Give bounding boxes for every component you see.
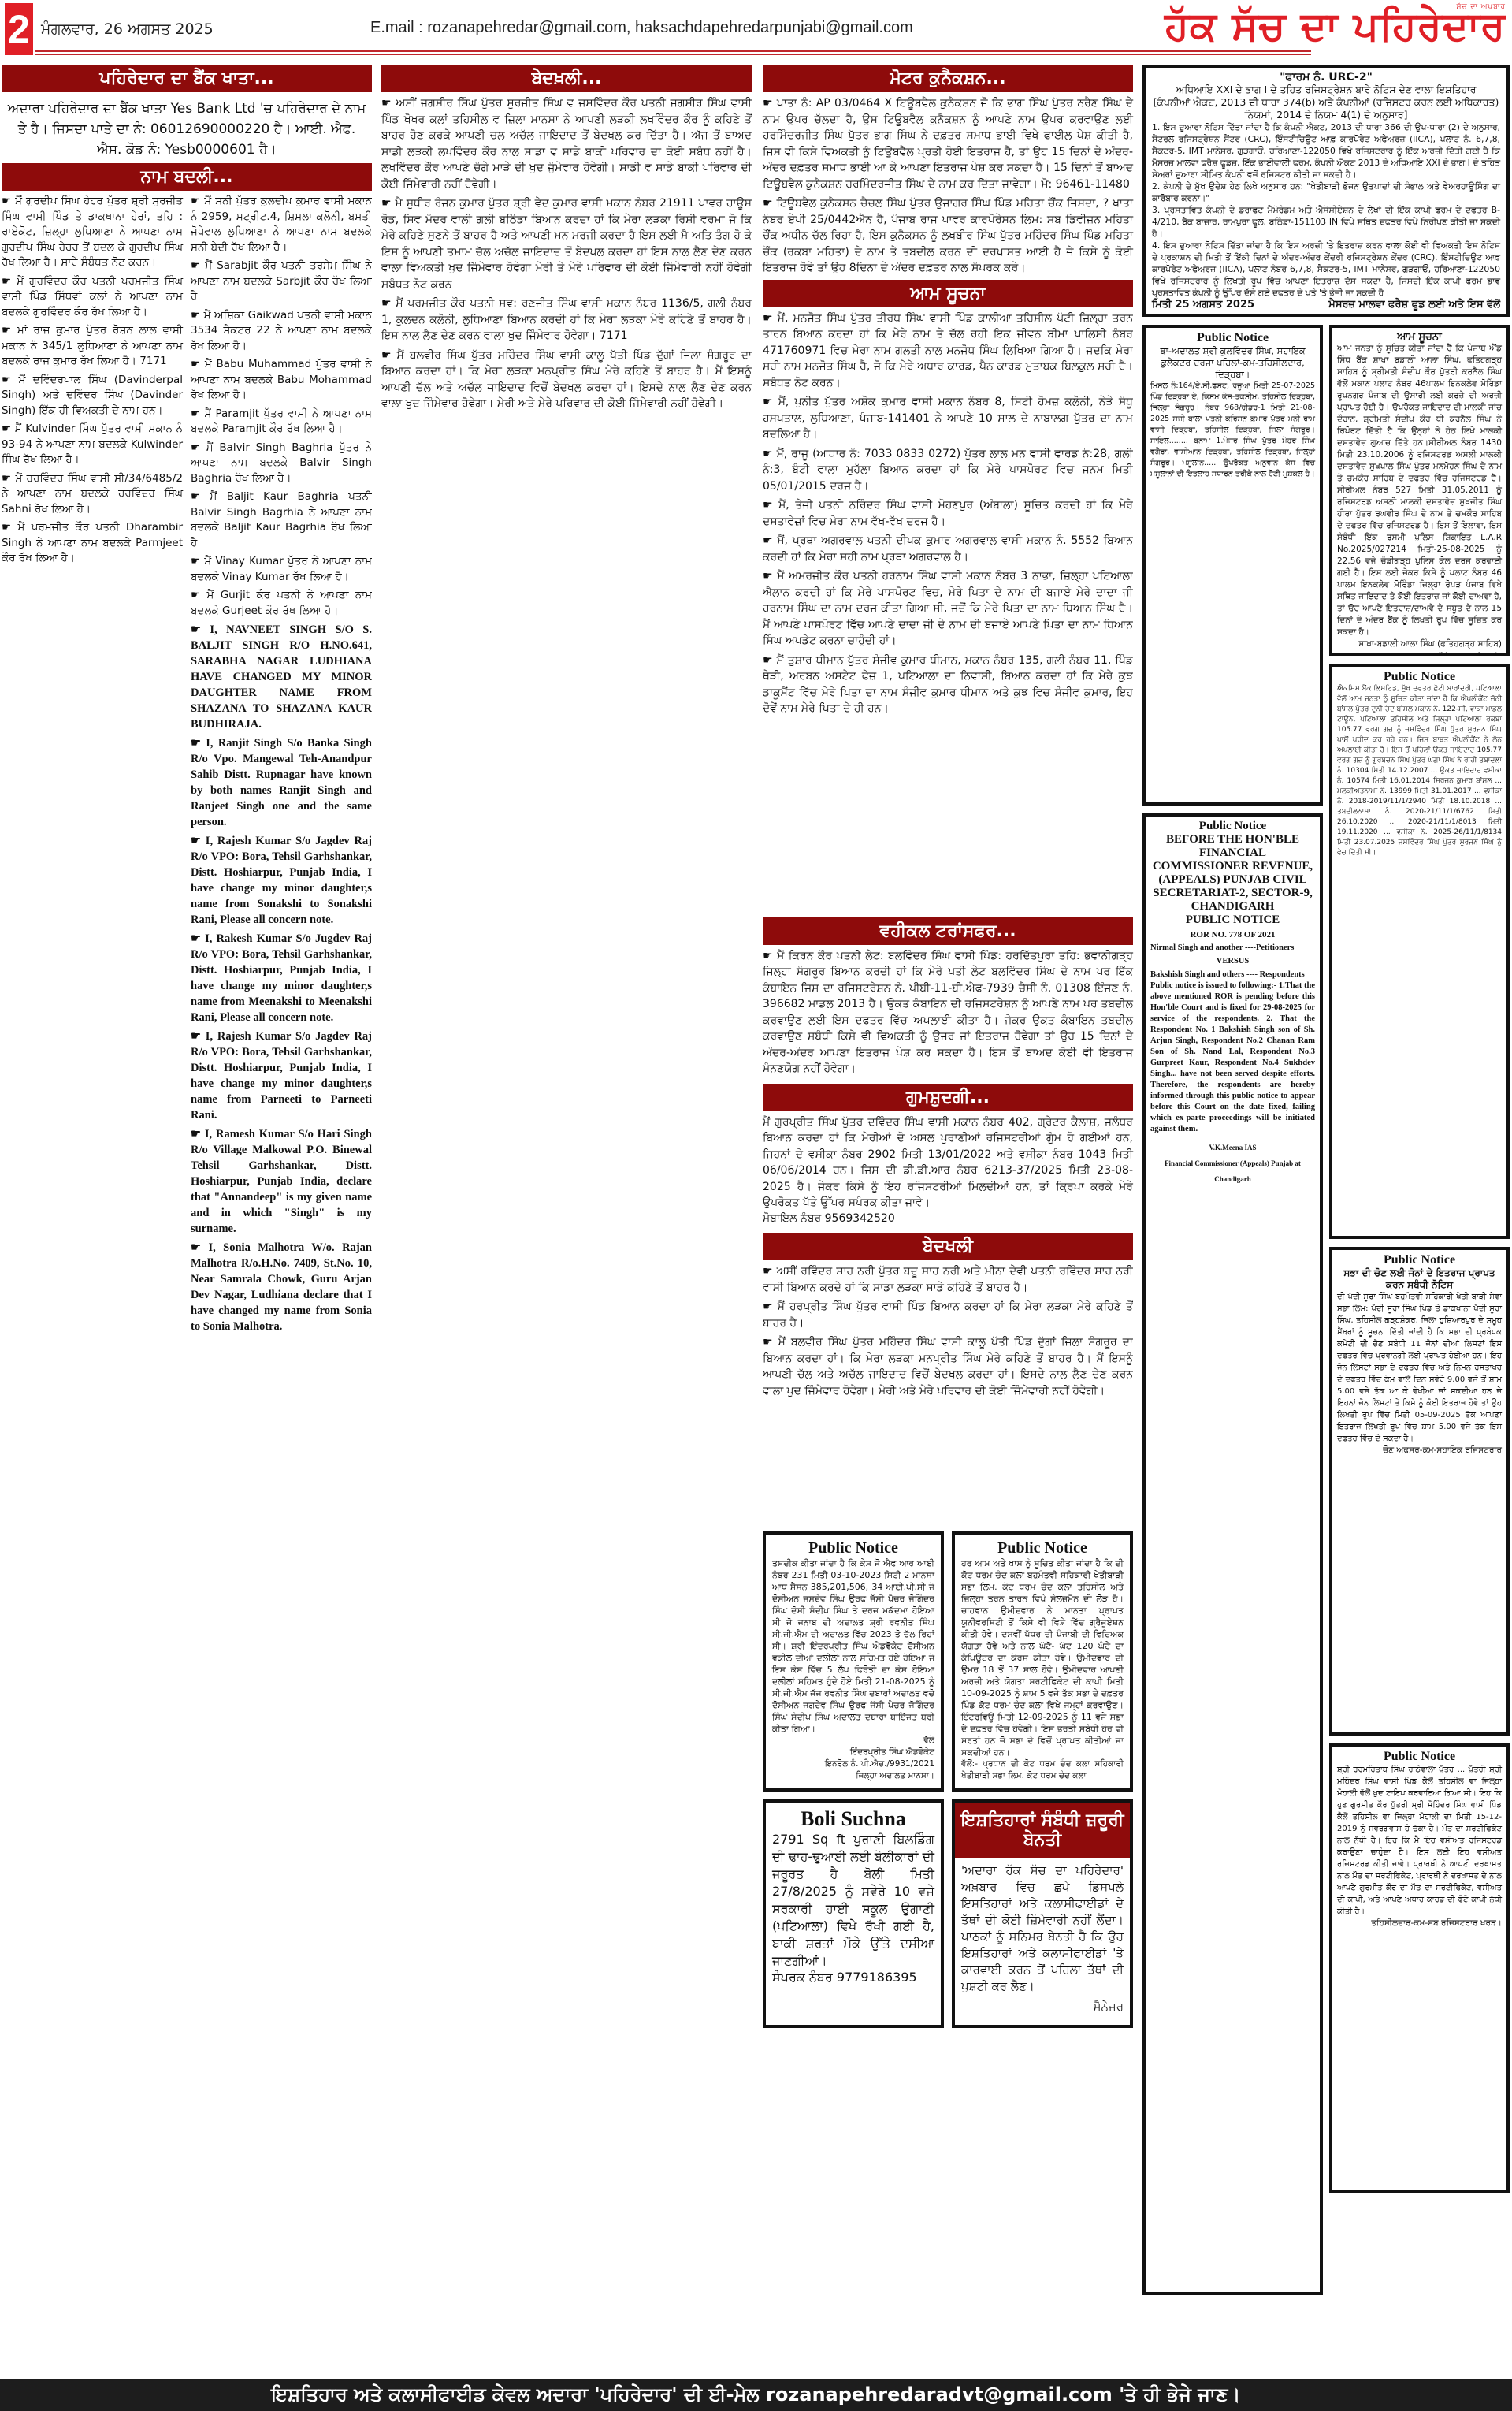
column-name-change: ਪਹਿਰੇਦਾਰ ਦਾ ਬੈਂਕ ਖਾਤਾ... ਅਦਾਰਾ ਪਹਿਰੇਦਾਰ … [2,65,372,2385]
list-item: ☛ ਮੈਂ ਬਲਵੀਰ ਸਿੰਘ ਪੁੱਤਰ ਮਹਿੰਦਰ ਸਿੰਘ ਵਾਸੀ … [763,1334,1133,1399]
footer-banner: ਇਸ਼ਤਿਹਾਰ ਅਤੇ ਕਲਾਸੀਫਾਈਡ ਕੇਵਲ ਅਦਾਰਾ 'ਪਹਿਰੇ… [0,2379,1512,2411]
bank-details: ਅਦਾਰਾ ਪਹਿਰੇਦਾਰ ਦਾ ਬੈਂਕ ਖਾਤਾ Yes Bank Ltd… [2,95,372,163]
list-item: ☛ ਮੈਂ, ਰਾਜੂ (ਆਧਾਰ ਨੰ: 7033 0833 0272) ਪੁ… [763,446,1133,495]
list-item: ☛ ਮੈਂ ਸਨੀ ਪੁੱਤਰ ਕੁਲਦੀਪ ਕੁਮਾਰ ਵਾਸੀ ਮਕਾਨ ਨ… [191,194,372,255]
list-item: ☛ ਮੈਂ Babu Muhammad ਪੁੱਤਰ ਵਾਸੀ ਨੇ ਆਪਣਾ ਨ… [191,357,372,404]
list-item: ☛ ਮੈਂ Baljit Kaur Baghria ਪਤਨੀ Balvir Si… [191,489,372,551]
page-number: 2 [5,3,33,55]
section-title-bank: ਪਹਿਰੇਦਾਰ ਦਾ ਬੈਂਕ ਖਾਤਾ... [2,65,372,92]
list-item: ☛ ਮੈਂ ਦਵਿੰਦਰਪਾਲ ਸਿੰਘ (Davinderpal Singh)… [2,373,183,419]
header-rule [35,50,1311,52]
list-item: ☛ ਮੈਂ Gurjit ਕੌਰ ਪਤਨੀ ਨੇ ਆਪਣਾ ਨਾਮ ਬਦਲਕੇ … [191,588,372,619]
list-item: ☛ ਮੈਂ Vinay Kumar ਪੁੱਤਰ ਨੇ ਆਪਣਾ ਨਾਮ ਬਦਲਕ… [191,554,372,585]
boli-contact: ਸੰਪਰਕ ਨੰਬਰ 9779186395 [772,1970,934,1985]
financial-commissioner-notice: Public Notice BEFORE THE HON'BLE FINANCI… [1142,813,1323,2295]
bank-aam-suchna-notice: ਆਮ ਸੂਚਨਾ ਆਮ ਜਨਤਾ ਨੂੰ ਸੂਚਿਤ ਕੀਤਾ ਜਾਂਦਾ ਹੈ… [1329,325,1510,656]
section-title-missing: ਗੁਮਸ਼ੁਦਗੀ... [763,1084,1133,1111]
list-item: ☛ ਮੈਂ ਅਮਰਜੀਤ ਕੌਰ ਪਤਨੀ ਹਰਨਾਮ ਸਿੰਘ ਵਾਸੀ ਮਕ… [763,568,1133,649]
list-item: ☛ I, NAVNEET SINGH S/O S. BALJIT SINGH R… [191,622,372,732]
list-item: ☛ ਮੈਂ, ਮਨਜੋਤ ਸਿੰਘ ਪੁੱਤਰ ਤੀਰਥ ਸਿੰਘ ਵਾਸੀ ਪ… [763,311,1133,392]
list-item: ☛ I, Sonia Malhotra W/o. Rajan Malhotra … [191,1240,372,1334]
will-registration-notice: Public Notice ਸ਼੍ਰੀ ਹਰਮਹਿਤਾਬ ਸਿੰਘ ਰਾਠੇਵਾ… [1329,1743,1510,2193]
request-title: ਇਸ਼ਤਿਹਾਰਾਂ ਸੰਬੰਧੀ ਜ਼ਰੂਰੀ ਬੇਨਤੀ [955,1803,1130,1858]
column-motor-general: ਮੋਟਰ ਕੁਨੈਕਸ਼ਨ... ☛ ਖਾਤਾ ਨੰ: AP 03/0464 X… [763,65,1133,2036]
contact-email[interactable]: E.mail : rozanapehredar@gmail.com, haksa… [370,19,913,37]
header-rule-thin [35,54,1311,55]
axis-bank-notice: Public Notice ਐਕਸਿਸ ਬੈਂਕ ਲਿਮਟਿਡ, ਮੁੱਖ ਦਫ… [1329,664,1510,1239]
section-title-bedakhli-2: ਬੇਦਖਲੀ [763,1233,1133,1260]
urc-date: ਮਿਤੀ 25 ਅਗਸਤ 2025 [1152,299,1254,311]
list-item: ☛ ਮੈਂ Sarabjit ਕੌਰ ਪਤਨੀ ਤਰਸੇਮ ਸਿੰਘ ਨੇ ਆਪ… [191,259,372,305]
list-item: ☛ I, Rakesh Kumar S/o Jugdev Raj R/o VPO… [191,931,372,1025]
notice-title: Public Notice [772,1539,934,1557]
missing-text: ਮੈਂ ਗੁਰਪ੍ਰੀਤ ਸਿੰਘ ਪੁੱਤਰ ਦਵਿੰਦਰ ਸਿੰਘ ਵਾਸੀ… [763,1114,1133,1211]
boli-suchna-notice: Boli Suchna 2791 Sq ft ਪੁਰਾਣੀ ਬਿਲਡਿੰਗ ਦੀ… [763,1799,944,2028]
list-item: ☛ ਮੈਂ ਪਰਮਜੀਤ ਕੌਰ ਪਤਨੀ ਸਵ: ਰਣਜੀਤ ਸਿੰਘ ਵਾਸ… [381,296,752,344]
name-change-list-2: ☛ ਮੈਂ ਸਨੀ ਪੁੱਤਰ ਕੁਲਦੀਪ ਕੁਮਾਰ ਵਾਸੀ ਮਕਾਨ ਨ… [191,194,372,2385]
vehicle-transfer-text: ☛ ਮੈਂ ਕਿਰਨ ਕੌਰ ਪਤਨੀ ਲੇਟ: ਬਲਵਿੰਦਰ ਸਿੰਘ ਵਾ… [763,948,1133,1077]
sabha-election-notice: Public Notice ਸਭਾ ਦੀ ਚੋਣ ਲਈ ਜੋਨਾਂ ਦੇ ਇਤਰ… [1329,1247,1510,1736]
list-item: ☛ ਮੈਂ Paramjit ਪੁੱਤਰ ਵਾਸੀ ਨੇ ਆਪਣਾ ਨਾਮ ਬਦ… [191,407,372,437]
list-item: ☛ ਮੈਂ ਪਰਮਜੀਤ ਕੌਰ ਪਤਨੀ Dharambir Singh ਨੇ… [2,520,183,567]
list-item: ☛ ਮਾਂ ਰਾਜ ਕੁਮਾਰ ਪੁੱਤਰ ਰੋਸ਼ਨ ਲਾਲ ਵਾਸੀ ਮਕਾ… [2,323,183,370]
masthead: 2 ਮੰਗਲਵਾਰ, 26 ਅਗਸਤ 2025 E.mail : rozanap… [0,0,1512,61]
list-item: ☛ ਮੈਂ Kulvinder ਸਿੰਘ ਪੁੱਤਰ ਵਾਸੀ ਮਕਾਨ ਨੰ … [2,422,183,468]
tehsildar-notice: Public Notice ਬਾ-ਅਦਾਲਤ ਸ਼੍ਰੀ ਕੁਲਵਿੰਦਰ ਸਿ… [1142,325,1323,806]
cooperative-notice: Public Notice ਹਰ ਆਮ ਅਤੇ ਖਾਸ ਨੂੰ ਸੂਚਿਤ ਕੀ… [952,1531,1133,1792]
urc-signatory: ਮੈਸਰਜ਼ ਮਾਲਵਾ ਫਰੈਸ਼ ਫੂਡ ਲਈ ਅਤੇ ਇਸ ਵੱਲੋਂ [1328,299,1500,311]
list-item: ☛ I, Rajesh Kumar S/o Jagdev Raj R/o VPO… [191,1029,372,1123]
name-change-list-1: ☛ ਮੈਂ ਗੁਰਦੀਪ ਸਿੰਘ ਹੇਹਰ ਪੁੱਤਰ ਸ਼੍ਰੀ ਸੁਰਜੀ… [2,194,183,2385]
list-item: ☛ ਅਸੀਂ ਜਗਸੀਰ ਸਿੰਘ ਪੁੱਤਰ ਸੁਰਜੀਤ ਸਿੰਘ ਵ ਜਸ… [381,95,752,192]
logo-text: ਹੱਕ ਸੱਚ ਦਾ ਪਹਿਰੇਦਾਰ [1165,3,1506,49]
advocate-notice: Public Notice ਤਸਦੀਕ ਕੀਤਾ ਜਾਂਦਾ ਹੈ ਕਿ ਕੇਸ… [763,1531,944,1792]
list-item: ☛ ਮੈਂ, ਪੁਨੀਤ ਪੁੱਤਰ ਅਸ਼ੋਕ ਕੁਮਾਰ ਵਾਸੀ ਮਕਾਨ… [763,394,1133,443]
request-signature: ਮੈਨੇਜਰ [955,2000,1130,2015]
section-title-name-change: ਨਾਮ ਬਦਲੀ... [2,163,372,191]
list-item: ☛ ਮੈਂ ਗੁਰਵਿੰਦਰ ਕੌਰ ਪਤਨੀ ਪਰਮਜੀਤ ਸਿੰਘ ਵਾਸੀ… [2,274,183,321]
list-item: ☛ I, Ranjit Singh S/o Banka Singh R/o Vp… [191,735,372,830]
notice-title: Public Notice [961,1539,1124,1557]
list-item: ☛ ਟਿਊਬਵੈਲ ਕੁਨੈਕਸਨ ਚੈਚਲ ਸਿੰਘ ਪੁੱਤਰ ਉਜਾਗਰ … [763,195,1133,277]
list-item: ☛ ਮੈਂ, ਪ੍ਰਥਾ ਅਗਰਵਾਲ ਪਤਨੀ ਦੀਪਕ ਕੁਮਾਰ ਅਗਰਵ… [763,533,1133,565]
missing-mobile: ਮੋਬਾਇਲ ਨੰਬਰ 9569342520 [763,1211,1133,1227]
logo-tagline: ਸੱਚ ਦਾ ਅਖਬਾਰ [1456,3,1506,11]
issue-date: ਮੰਗਲਵਾਰ, 26 ਅਗਸਤ 2025 [41,20,214,38]
section-title-vehicle: ਵਹੀਕਲ ਟਰਾਂਸਫਰ... [763,917,1133,945]
column-public-notices: "ਫਾਰਮ ਨੰ. URC-2" ਅਧਿਆਇ XXI ਦੇ ਭਾਗ I ਦੇ ਤ… [1142,65,1510,2303]
list-item: ☛ ਮੈਂ, ਤੇਜੀ ਪਤਨੀ ਨਰਿੰਦਰ ਸਿੰਘ ਵਾਸੀ ਮੋਹਣਪੁ… [763,497,1133,530]
column-bedakhli: ਬੇਦਖ਼ਲੀ... ☛ ਅਸੀਂ ਜਗਸੀਰ ਸਿੰਘ ਪੁੱਤਰ ਸੁਰਜੀ… [381,65,752,2374]
list-item: ☛ I, Ramesh Kumar S/o Hari Singh R/o Vil… [191,1126,372,1237]
list-item: ☛ ਮੈਂ ਅਸ਼ਿਕਾ Gaikwad ਪਤਨੀ ਵਾਸੀ ਮਕਾਨ 3534… [191,308,372,355]
list-item: ☛ ਮੈ ਸੁਧੀਰ ਰੰਜਨ ਕੁਮਾਰ ਪੁੱਤਰ ਸ਼੍ਰੀ ਵੇਦ ਕੁ… [381,195,752,292]
list-item: ☛ ਅਸੀਂ ਰਵਿੰਦਰ ਸਾਹ ਨਰੀ ਪੁੱਤਰ ਬਦੂ ਸਾਹ ਨਰੀ … [763,1263,1133,1296]
newspaper-logo: ਹੱਕ ਸੱਚ ਦਾ ਪਹਿਰੇਦਾਰ ਸੱਚ ਦਾ ਅਖਬਾਰ [1165,3,1506,50]
section-title-motor: ਮੋਟਰ ਕੁਨੈਕਸ਼ਨ... [763,65,1133,92]
urc-title: "ਫਾਰਮ ਨੰ. URC-2" [1152,71,1500,84]
header-rule-thin [35,58,1311,58]
list-item: ☛ ਮੈਂ ਹਰਵਿੰਦਰ ਸਿੰਘ ਵਾਸੀ ਸੀ/34/6485/2 ਨੇ … [2,471,183,518]
section-title-bedakhli: ਬੇਦਖ਼ਲੀ... [381,65,752,92]
section-title-aam-suchna: ਆਮ ਸੂਚਨਾ [763,280,1133,307]
list-item: ☛ I, Rajesh Kumar S/o Jagdev Raj R/o VPO… [191,833,372,928]
advertisement-request-notice: ਇਸ਼ਤਿਹਾਰਾਂ ਸੰਬੰਧੀ ਜ਼ਰੂਰੀ ਬੇਨਤੀ 'ਅਦਾਰਾ ਹੱ… [952,1799,1133,2028]
list-item: ☛ ਮੈਂ ਗੁਰਦੀਪ ਸਿੰਘ ਹੇਹਰ ਪੁੱਤਰ ਸ਼੍ਰੀ ਸੁਰਜੀ… [2,194,183,271]
list-item: ☛ ਮੈਂ ਬਲਵੀਰ ਸਿੰਘ ਪੁੱਤਰ ਮਹਿੰਦਰ ਸਿੰਘ ਵਾਸੀ … [381,348,752,412]
list-item: ☛ ਮੈਂ ਤੁਸ਼ਾਰ ਧੀਮਾਨ ਪੁੱਤਰ ਸੰਜੀਵ ਕੁਮਾਰ ਧੀਮ… [763,653,1133,717]
list-item: ☛ ਖਾਤਾ ਨੰ: AP 03/0464 X ਟਿਊਬਵੈਲ ਕੁਨੈਕਸ਼ਨ… [763,95,1133,192]
boli-title: Boli Suchna [772,1807,934,1831]
urc-2-notice: "ਫਾਰਮ ਨੰ. URC-2" ਅਧਿਆਇ XXI ਦੇ ਭਾਗ I ਦੇ ਤ… [1142,65,1510,317]
list-item: ☛ ਮੈਂ Balvir Singh Baghria ਪੁੱਤਰ ਨੇ ਆਪਣਾ… [191,441,372,487]
list-item: ☛ ਮੈਂ ਹਰਪ੍ਰੀਤ ਸਿੰਘ ਪੁੱਤਰ ਵਾਸੀ ਪਿੰਡ ਬਿਆਨ … [763,1299,1133,1331]
